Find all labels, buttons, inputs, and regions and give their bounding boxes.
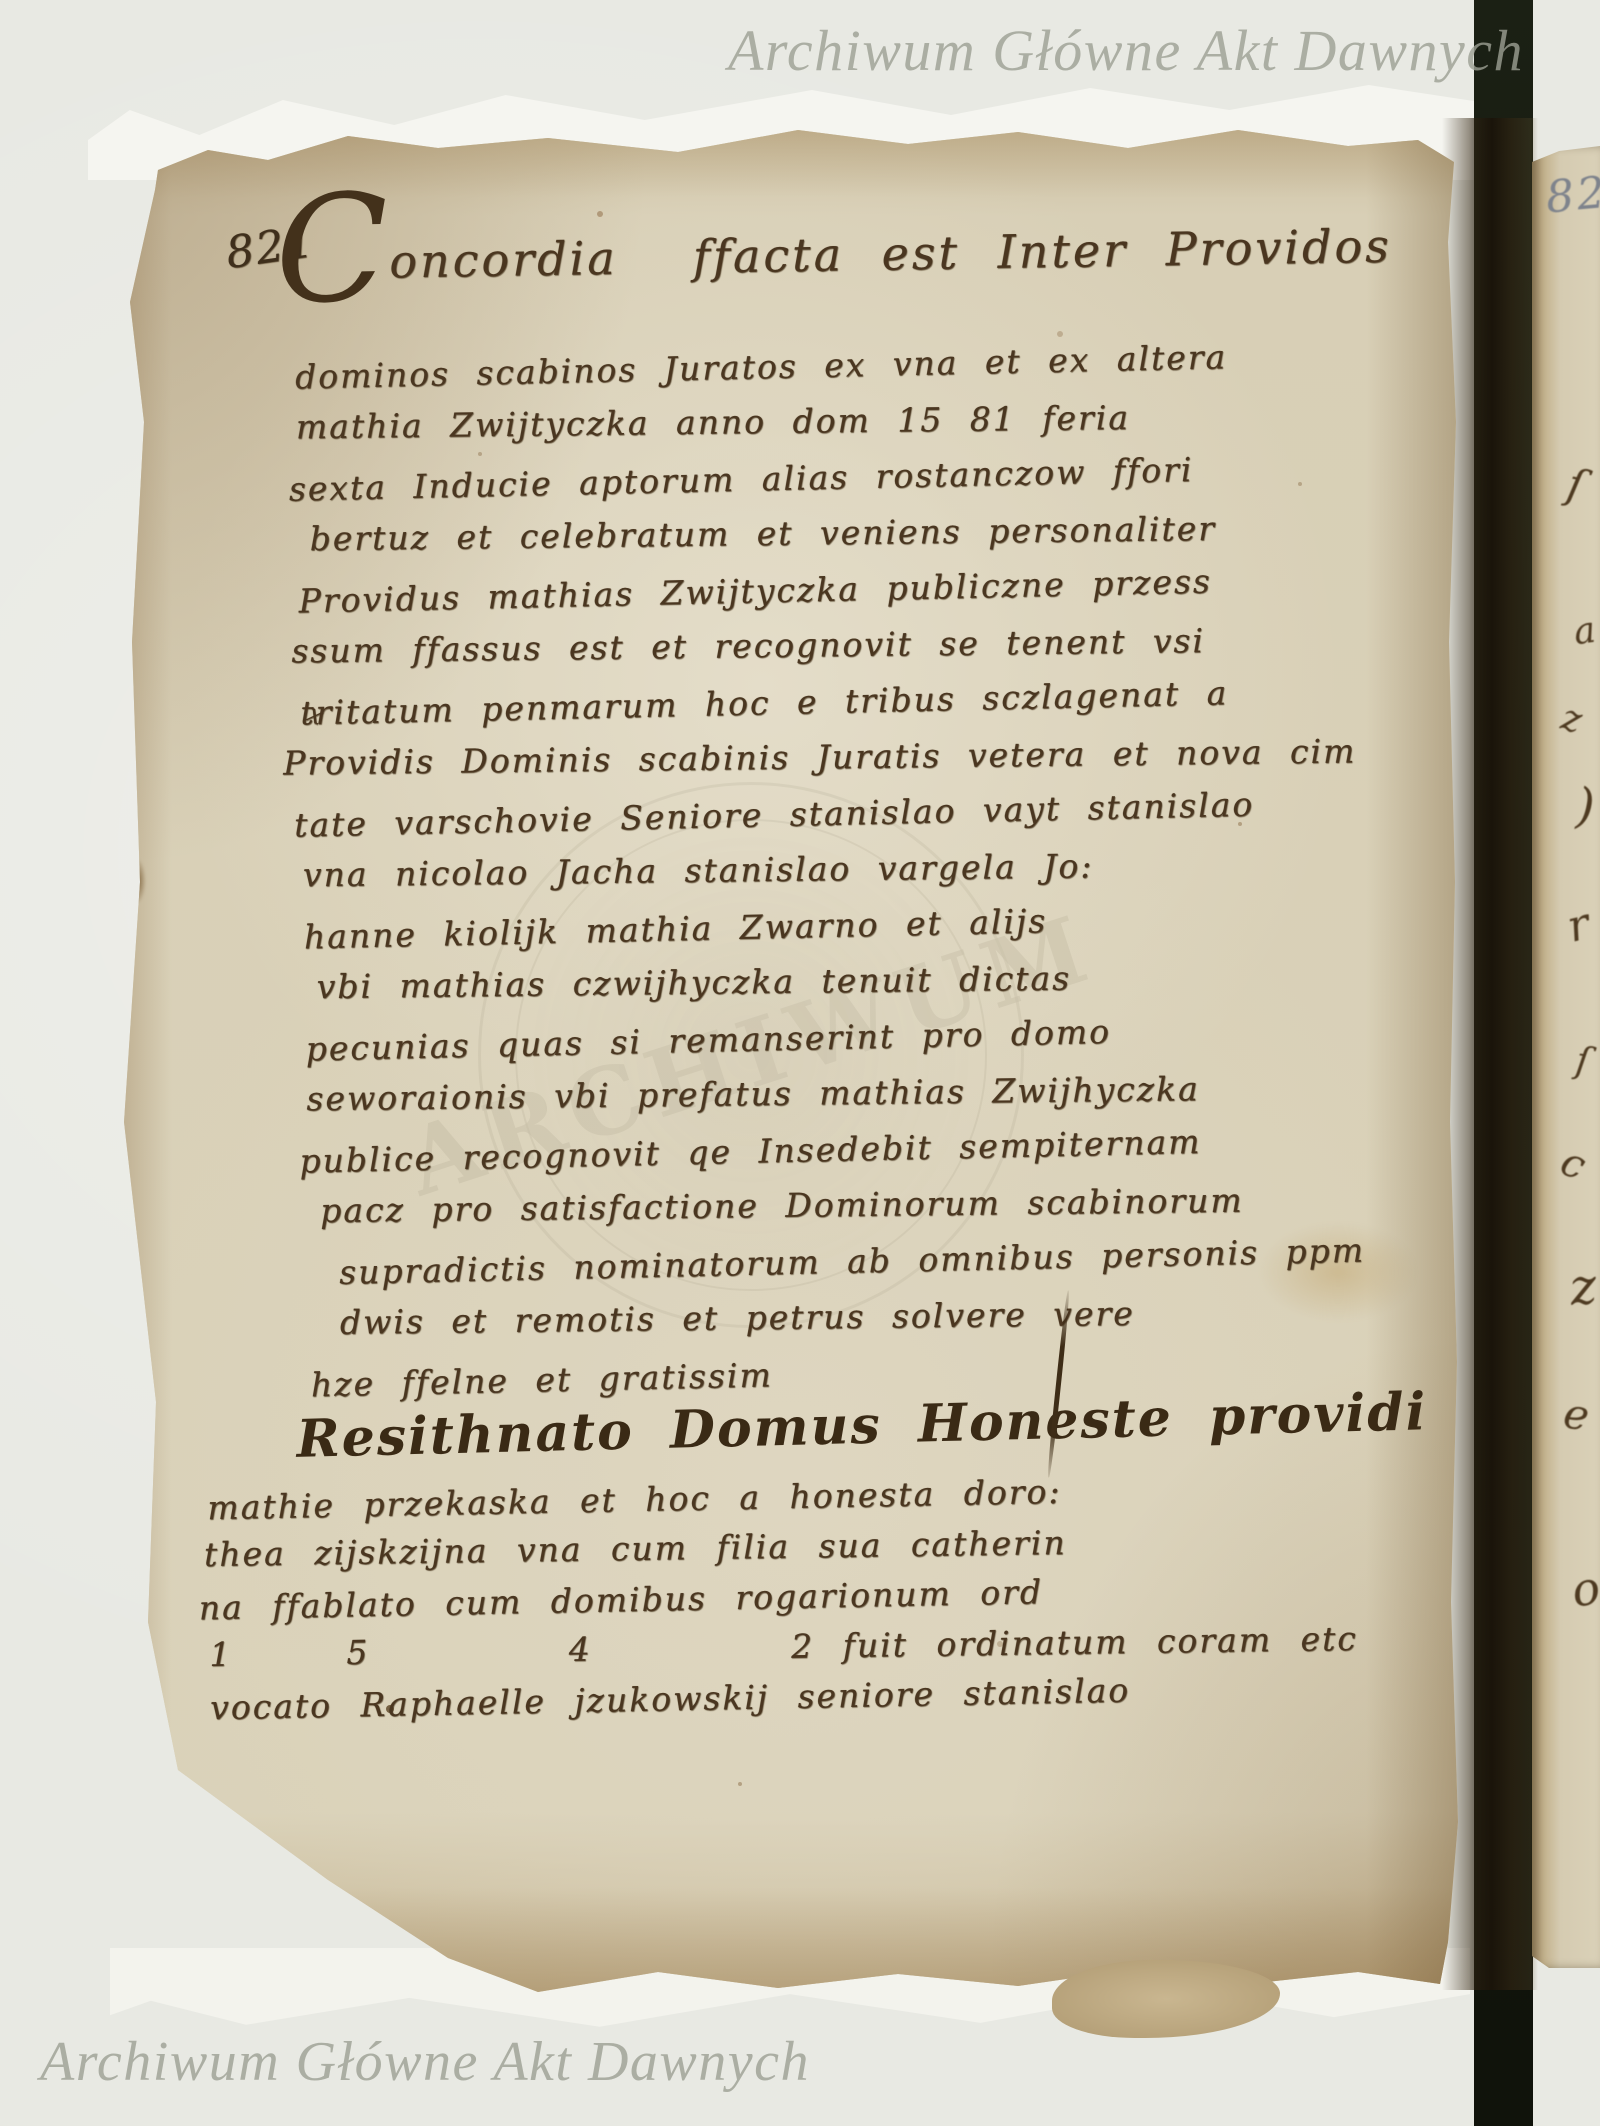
ink-fragment: e [1561, 1392, 1593, 1438]
ink-fragment: z [1568, 1261, 1599, 1313]
entry-concordia: C oncordia ffacta est Inter Providos dom… [293, 220, 1481, 1410]
archive-watermark-top: Archiwum Główne Akt Dawnych [728, 22, 1524, 80]
opening-line-text: oncordia ffacta est Inter Providos [389, 221, 1392, 287]
ink-fragment: z [1557, 700, 1585, 740]
ink-fragment: o [1569, 1564, 1600, 1614]
manuscript-page: ARCHIWUM 821 x C oncordia ffacta est Int… [118, 122, 1460, 2000]
resignatio-lines: mathie przekaska et hoc a honesta doro:t… [207, 1463, 1470, 1731]
archive-scan-viewport: 82 ſaz)rſczeo ARCHIWUM 821 x C oncordia … [0, 0, 1600, 2126]
binding-gutter-shadow [1442, 118, 1538, 1990]
initial-letter: C [274, 175, 390, 325]
page-bottom-edge-fragment [1052, 1960, 1280, 2038]
ink-fragment: ) [1575, 782, 1595, 831]
archive-watermark-bottom: Archiwum Główne Akt Dawnych [40, 2034, 810, 2090]
next-folio-edge: 82 ſaz)rſczeo [1532, 146, 1600, 1968]
ink-fragment: ſ [1574, 1043, 1592, 1081]
entry-resignatio: Resithnato Domus Honeste providi mathie … [206, 1386, 1470, 1730]
next-folio-page-number: 82 [1544, 171, 1600, 220]
ink-fragment: ſ [1564, 463, 1588, 507]
concordia-lines: dominos scabinos Juratos ex vna et ex al… [295, 328, 1482, 1410]
ink-fragment: c [1555, 1141, 1591, 1186]
ink-stain-left-edge [124, 857, 146, 905]
ink-fragment: a [1572, 613, 1598, 652]
ink-fragment: r [1563, 902, 1594, 950]
